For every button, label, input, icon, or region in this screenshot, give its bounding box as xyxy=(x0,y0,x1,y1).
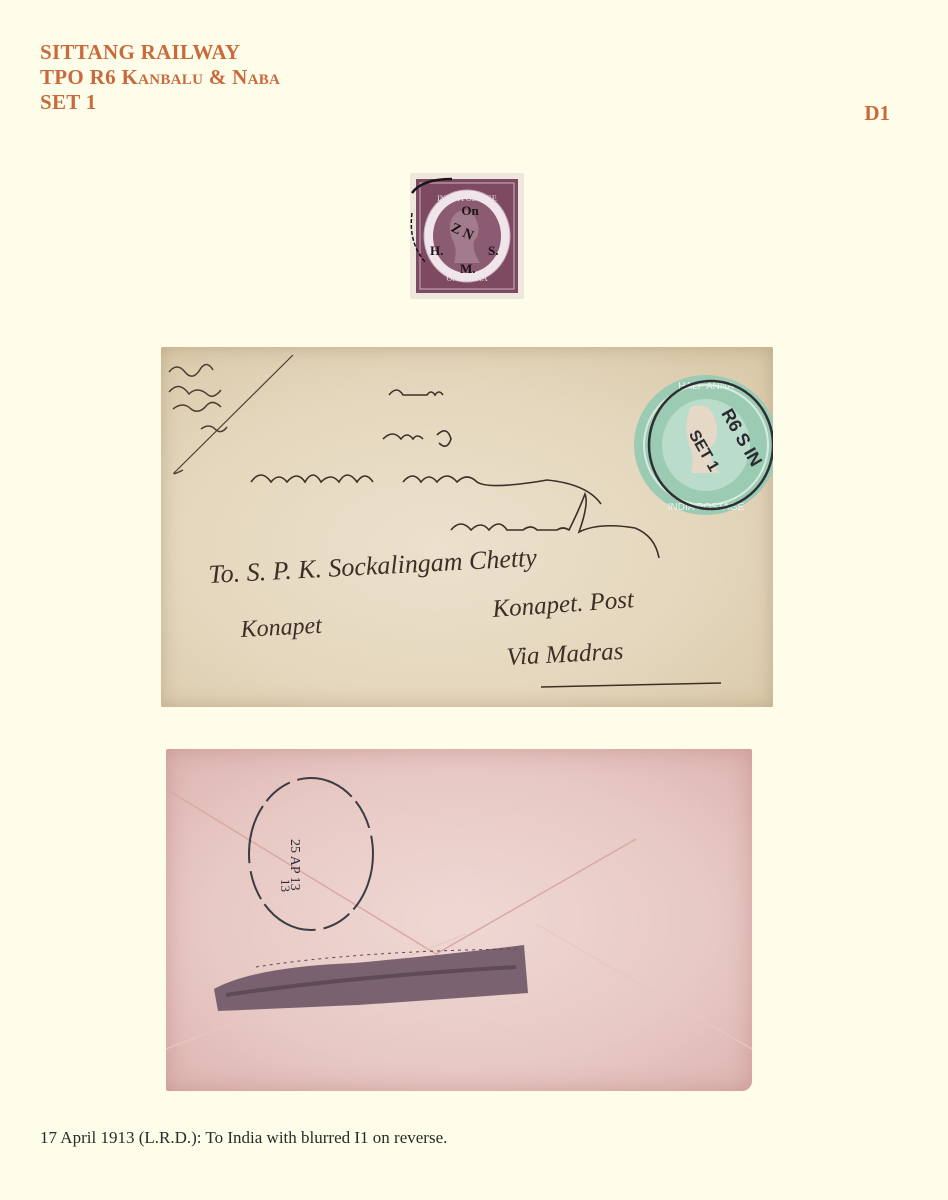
page-reference: D1 xyxy=(864,101,890,126)
page-heading: SITTANG RAILWAY TPO R6 Kanbalu & Naba SE… xyxy=(40,40,280,115)
svg-text:13: 13 xyxy=(278,879,293,892)
svg-text:INDIA POSTAGE: INDIA POSTAGE xyxy=(668,502,745,513)
svg-text:Via Madras: Via Madras xyxy=(506,638,624,671)
svg-text:S.: S. xyxy=(488,243,498,258)
one-anna-stamp: INDIA POSTAGE ONE ANNA On H. S. M. Z N xyxy=(410,173,524,299)
arrival-backstamp: 25 AP 13 13 xyxy=(249,778,373,930)
svg-text:To. S. P. K. Sockalingam Chett: To. S. P. K. Sockalingam Chetty xyxy=(208,543,538,589)
tamil-address xyxy=(251,390,659,558)
caption: 17 April 1913 (L.R.D.): To India with bl… xyxy=(40,1128,447,1148)
envelope-front: HALF ANNA INDIA POSTAGE R6 S IN SET 1 To… xyxy=(161,347,773,707)
svg-text:On: On xyxy=(461,203,479,218)
corner-notes xyxy=(169,355,293,474)
svg-text:H.: H. xyxy=(430,243,443,258)
heading-line-1: SITTANG RAILWAY xyxy=(40,40,280,65)
svg-text:Konapet. Post: Konapet. Post xyxy=(491,586,636,623)
heading-line-3: SET 1 xyxy=(40,90,280,115)
svg-text:Konapet: Konapet xyxy=(239,613,324,643)
blurred-i1-smudge xyxy=(214,945,528,1011)
envelope-back: 25 AP 13 13 xyxy=(166,749,752,1091)
svg-text:INDIA POSTAGE: INDIA POSTAGE xyxy=(437,194,497,203)
svg-text:M.: M. xyxy=(460,261,476,276)
heading-line-2: TPO R6 Kanbalu & Naba xyxy=(40,65,280,90)
